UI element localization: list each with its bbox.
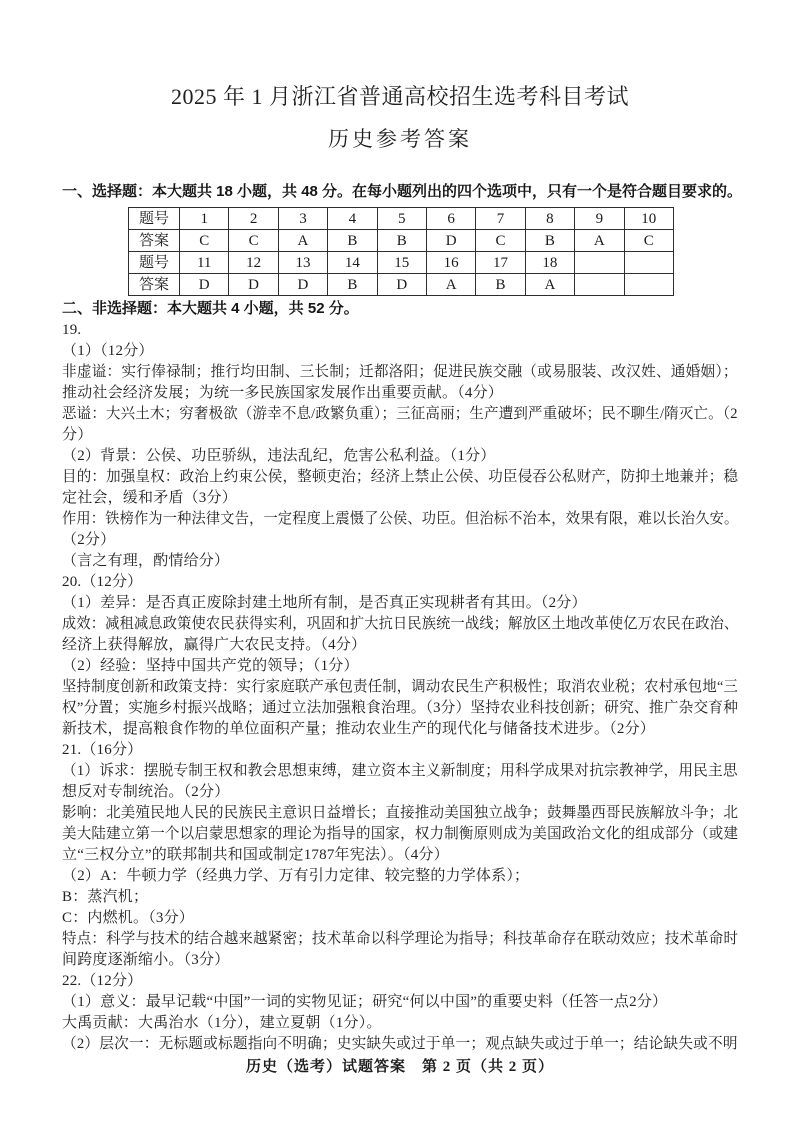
answer-line: 影响：北美殖民地人民的民族民主意识日益增长；直接推动美国独立战争；鼓舞墨西哥民族…	[62, 803, 716, 824]
answer-line: （1）诉求：摆脱专制王权和教会思想束缚，建立资本主义新制度；用科学成果对抗宗教神…	[62, 761, 722, 782]
answer-cell: B	[328, 230, 377, 252]
answer-line: 20.（12分）	[62, 572, 738, 593]
answer-lines: 19.（1）（12分）非虚谥：实行俸禄制；推行均田制、三长制；迁都洛阳；促进民族…	[62, 320, 738, 1055]
answer-cell: 6	[426, 208, 475, 230]
answer-line: 立“三权分立”的联邦制共和国或制定1787年宪法）。（4分）	[62, 845, 738, 866]
answer-line: 坚持制度创新和政策支持：实行家庭联产承包责任制，调动农民生产积极性；取消农业税；…	[62, 677, 709, 698]
answer-cell: 1	[180, 208, 229, 230]
answer-line: （1）（12分）	[62, 341, 738, 362]
page-subtitle: 历史参考答案	[62, 126, 738, 152]
answer-line: 美大陆建立第一个以启蒙思想家的理论为指导的国家，权力制衡原则成为美国政治文化的组…	[62, 824, 716, 845]
page-footer: 历史（选考）试题答案 第 2 页（共 2 页）	[62, 1057, 738, 1077]
row-label-cell: 题号	[129, 252, 180, 274]
answer-cell: 11	[180, 252, 229, 274]
answer-line: 作用：铁榜作为一种法律文告，一定程度上震慑了公侯、功臣。但治标不治本，效果有限，…	[62, 509, 702, 530]
answer-line: 非虚谥：实行俸禄制；推行均田制、三长制；迁都洛阳；促进民族交融（或易服装、改汉姓…	[62, 362, 722, 383]
answer-cell: 18	[525, 252, 574, 274]
answer-cell: D	[426, 230, 475, 252]
answer-line: B：蒸汽机；	[62, 887, 738, 908]
answer-cell: A	[575, 230, 624, 252]
answer-table-row: 题号1112131415161718	[129, 252, 674, 274]
answer-cell: A	[525, 274, 574, 296]
answer-cell	[575, 252, 624, 274]
answer-line: 特点：科学与技术的结合越来越紧密；技术革命以科学理论为指导；科技革命存在联动效应…	[62, 929, 716, 950]
answer-line: 定社会，缓和矛盾（3分）	[62, 488, 738, 509]
answer-line: 新技术，提高粮食作物的单位面积产量；推动农业生产的现代化与储备技术进步。（2分）	[62, 719, 738, 740]
answer-line: （2）背景：公侯、功臣骄纵，违法乱纪，危害公私利益。（1分）	[62, 446, 738, 467]
answer-cell: 3	[278, 208, 327, 230]
answer-line: 19.	[62, 320, 738, 341]
answer-line: 间跨度逐渐缩小。（3分）	[62, 950, 738, 971]
answer-cell: 13	[278, 252, 327, 274]
section-two-heading: 二、非选择题：本大题共 4 小题，共 52 分。	[62, 299, 738, 319]
answer-table-row: 答案CCABBDCBAC	[129, 230, 674, 252]
answer-cell: B	[377, 230, 426, 252]
answer-table: 题号12345678910答案CCABBDCBAC题号1112131415161…	[128, 207, 674, 296]
answer-cell: D	[180, 274, 229, 296]
answer-cell: B	[476, 274, 525, 296]
answer-line: 目的：加强皇权：政治上约束公侯，整顿吏治；经济上禁止公侯、功臣侵吞公私财产，防抑…	[62, 467, 716, 488]
answer-line: 成效：减租减息政策使农民获得实利，巩固和扩大抗日民族统一战线；解放区土地改革使亿…	[62, 614, 702, 635]
answer-cell	[624, 274, 673, 296]
answer-cell	[575, 274, 624, 296]
answer-line: 推动社会经济发展；为统一多民族国家发展作出重要贡献。（4分）	[62, 383, 738, 404]
answer-line: （言之有理，酌情给分）	[62, 551, 738, 572]
section-one-heading: 一、选择题：本大题共 18 小题，共 48 分。在每小题列出的四个选项中，只有一…	[62, 182, 738, 202]
answer-cell: C	[180, 230, 229, 252]
answer-line: 恶谥：大兴土木；穷奢极欲（游幸不息/政繁负重）；三征高丽；生产遭到严重破坏；民不…	[62, 404, 714, 425]
answer-table-row: 题号12345678910	[129, 208, 674, 230]
answer-line: C：内燃机。（3分）	[62, 908, 738, 929]
answer-cell: C	[476, 230, 525, 252]
answer-line: 22.（12分）	[62, 971, 738, 992]
answer-cell: 9	[575, 208, 624, 230]
answer-cell: 5	[377, 208, 426, 230]
answer-cell	[624, 252, 673, 274]
answer-line: （2）经验：坚持中国共产党的领导；（1分）	[62, 656, 738, 677]
answer-cell: 12	[229, 252, 278, 274]
row-label-cell: 题号	[129, 208, 180, 230]
page-title: 2025 年 1 月浙江省普通高校招生选考科目考试	[62, 84, 738, 110]
answer-line: 大禹贡献：大禹治水（1分），建立夏朝（1分）。	[62, 1013, 738, 1034]
answer-cell: D	[377, 274, 426, 296]
answer-cell: 14	[328, 252, 377, 274]
answer-line: 想反对专制统治。（2分）	[62, 782, 738, 803]
answer-line: （1）意义：最早记载“中国”一词的实物见证；研究“何以中国”的重要史料（任答一点…	[62, 992, 738, 1013]
answer-line: （1）差异：是否真正废除封建土地所有制，是否真正实现耕者有其田。（2分）	[62, 593, 738, 614]
answer-line: （2）层次一：无标题或标题指向不明确；史实缺失或过于单一；观点缺失或过于单一；结…	[62, 1034, 722, 1055]
answer-cell: B	[328, 274, 377, 296]
answer-line: 分）	[62, 425, 738, 446]
answer-cell: 8	[525, 208, 574, 230]
answer-cell: B	[525, 230, 574, 252]
exam-answer-page: 2025 年 1 月浙江省普通高校招生选考科目考试 历史参考答案 一、选择题：本…	[0, 0, 800, 1131]
answer-cell: 4	[328, 208, 377, 230]
answer-cell: 15	[377, 252, 426, 274]
answer-cell: 7	[476, 208, 525, 230]
row-label-cell: 答案	[129, 274, 180, 296]
answer-cell: A	[278, 230, 327, 252]
answer-line: 21.（16分）	[62, 740, 738, 761]
answer-cell: C	[624, 230, 673, 252]
answer-cell: D	[229, 274, 278, 296]
row-label-cell: 答案	[129, 230, 180, 252]
answer-line: 权”分置；实施乡村振兴战略；通过立法加强粮食治理。（3分）坚持农业科技创新；研究…	[62, 698, 723, 719]
answer-line: （2分）	[62, 530, 738, 551]
answer-cell: A	[426, 274, 475, 296]
answer-cell: 16	[426, 252, 475, 274]
answer-cell: 17	[476, 252, 525, 274]
answer-table-row: 答案DDDBDABA	[129, 274, 674, 296]
answer-cell: 10	[624, 208, 673, 230]
answer-line: （2）A：牛顿力学（经典力学、万有引力定律、较完整的力学体系）；	[62, 866, 738, 887]
answer-cell: D	[278, 274, 327, 296]
answer-cell: C	[229, 230, 278, 252]
answer-line: 经济上获得解放，赢得广大农民支持。（4分）	[62, 635, 738, 656]
answer-cell: 2	[229, 208, 278, 230]
